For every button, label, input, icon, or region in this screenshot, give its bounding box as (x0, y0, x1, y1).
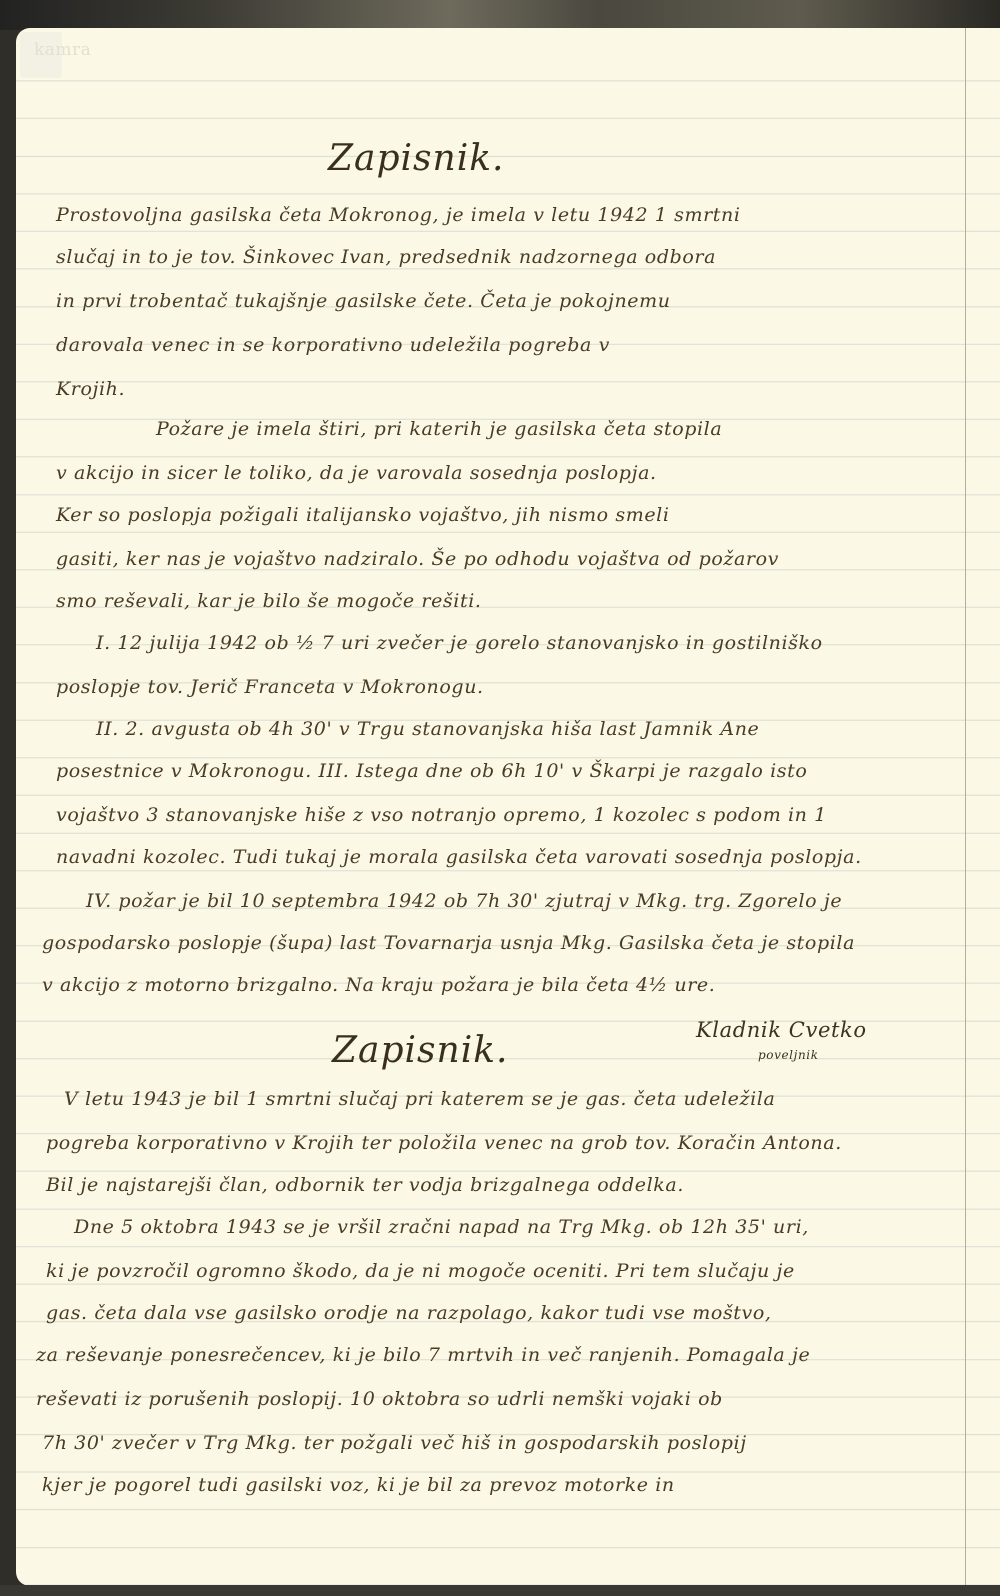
text-line: ki je povzročil ogromno škodo, da je ni … (46, 1260, 795, 1282)
page-title-2: Zapisnik. (332, 1030, 508, 1071)
text-line: gasiti, ker nas je vojaštvo nadziralo. Š… (56, 548, 779, 570)
text-line: v akcijo in sicer le toliko, da je varov… (56, 462, 657, 484)
text-line: darovala venec in se korporativno udelež… (56, 334, 610, 356)
page-title-1: Zapisnik. (328, 138, 504, 179)
text-line: navadni kozolec. Tudi tukaj je morala ga… (56, 846, 862, 868)
text-line: gospodarsko poslopje (šupa) last Tovarna… (42, 932, 855, 954)
text-line: 7h 30' zvečer v Trg Mkg. ter požgali več… (42, 1432, 747, 1454)
signature-role: poveljnik (758, 1048, 819, 1062)
text-line: reševati iz porušenih poslopij. 10 oktob… (36, 1388, 723, 1410)
notebook-page: kamra Zapisnik. Prostovoljna gasilska če… (16, 28, 1000, 1586)
text-line: vojaštvo 3 stanovanjske hiše z vso notra… (56, 804, 827, 826)
text-line: Dne 5 oktobra 1943 se je vršil zračni na… (74, 1216, 809, 1238)
text-line: Ker so poslopja požigali italijansko voj… (56, 504, 670, 526)
text-line: kjer je pogorel tudi gasilski voz, ki je… (42, 1474, 675, 1496)
scan-top-edge (0, 0, 1000, 30)
text-line: IV. požar je bil 10 septembra 1942 ob 7h… (86, 890, 842, 912)
text-line: v akcijo z motorno brizgalno. Na kraju p… (42, 974, 715, 996)
signature-name: Kladnik Cvetko (696, 1018, 867, 1042)
text-line: Bil je najstarejši član, odbornik ter vo… (46, 1174, 684, 1196)
text-line: I. 12 julija 1942 ob ½ 7 uri zvečer je g… (96, 632, 823, 654)
text-line: smo reševali, kar je bilo še mogoče reši… (56, 590, 482, 612)
margin-line (965, 28, 966, 1586)
text-line: za reševanje ponesrečencev, ki je bilo 7… (36, 1344, 810, 1366)
text-line: gas. četa dala vse gasilsko orodje na ra… (46, 1302, 772, 1324)
text-line: Krojih. (56, 378, 125, 400)
text-line: pogreba korporativno v Krojih ter položi… (46, 1132, 842, 1154)
text-line: in prvi trobentač tukajšnje gasilske čet… (56, 290, 671, 312)
text-line: slučaj in to je tov. Šinkovec Ivan, pred… (56, 246, 716, 268)
text-line: posestnice v Mokronogu. III. Istega dne … (56, 760, 807, 782)
text-line: poslopje tov. Jerič Franceta v Mokronogu… (56, 676, 484, 698)
text-line: Požare je imela štiri, pri katerih je ga… (156, 418, 722, 440)
text-line: V letu 1943 je bil 1 smrtni slučaj pri k… (64, 1088, 775, 1110)
text-line: II. 2. avgusta ob 4h 30' v Trgu stanovan… (96, 718, 759, 740)
text-line: Prostovoljna gasilska četa Mokronog, je … (56, 204, 741, 226)
scan-bottom-edge (0, 1585, 1000, 1596)
watermark-logo: kamra (34, 40, 91, 60)
